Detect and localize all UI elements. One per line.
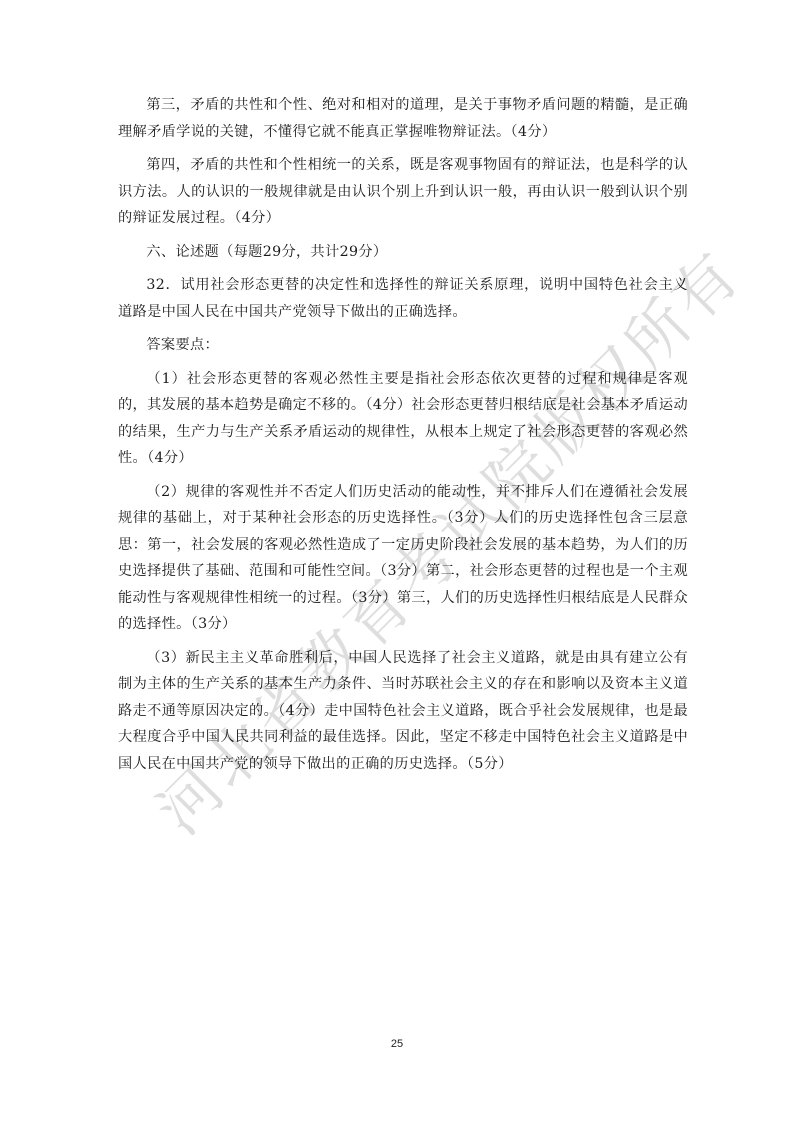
answer-key-label: 答案要点： [118,332,688,359]
question-32: 32．试用社会形态更替的决定性和选择性的辩证关系原理，说明中国特色社会主义道路是… [118,272,688,325]
answer-point-third: 第三，矛盾的共性和个性、绝对和相对的道理，是关于事物矛盾问题的精髓，是正确理解矛… [118,92,688,145]
answer-point-fourth: 第四，矛盾的共性和个性相统一的关系，既是客观事物固有的辩证法，也是科学的认识方法… [118,152,688,232]
page-number: 25 [0,1038,794,1050]
document-page: 河北省教育考试院版权所有 第三，矛盾的共性和个性、绝对和相对的道理，是关于事物矛… [0,0,794,1123]
page-content: 第三，矛盾的共性和个性、绝对和相对的道理，是关于事物矛盾问题的精髓，是正确理解矛… [118,92,688,777]
answer-item-2: （2）规律的客观性并不否定人们历史活动的能动性，并不排斥人们在遵循社会发展规律的… [118,479,688,638]
answer-item-3: （3）新民主主义革命胜利后，中国人民选择了社会主义道路，就是由具有建立公有制为主… [118,645,688,778]
section-heading-essay: 六、论述题（每题29分，共计29分） [118,239,688,266]
answer-item-1: （1）社会形态更替的客观必然性主要是指社会形态依次更替的过程和规律是客观的，其发… [118,366,688,472]
